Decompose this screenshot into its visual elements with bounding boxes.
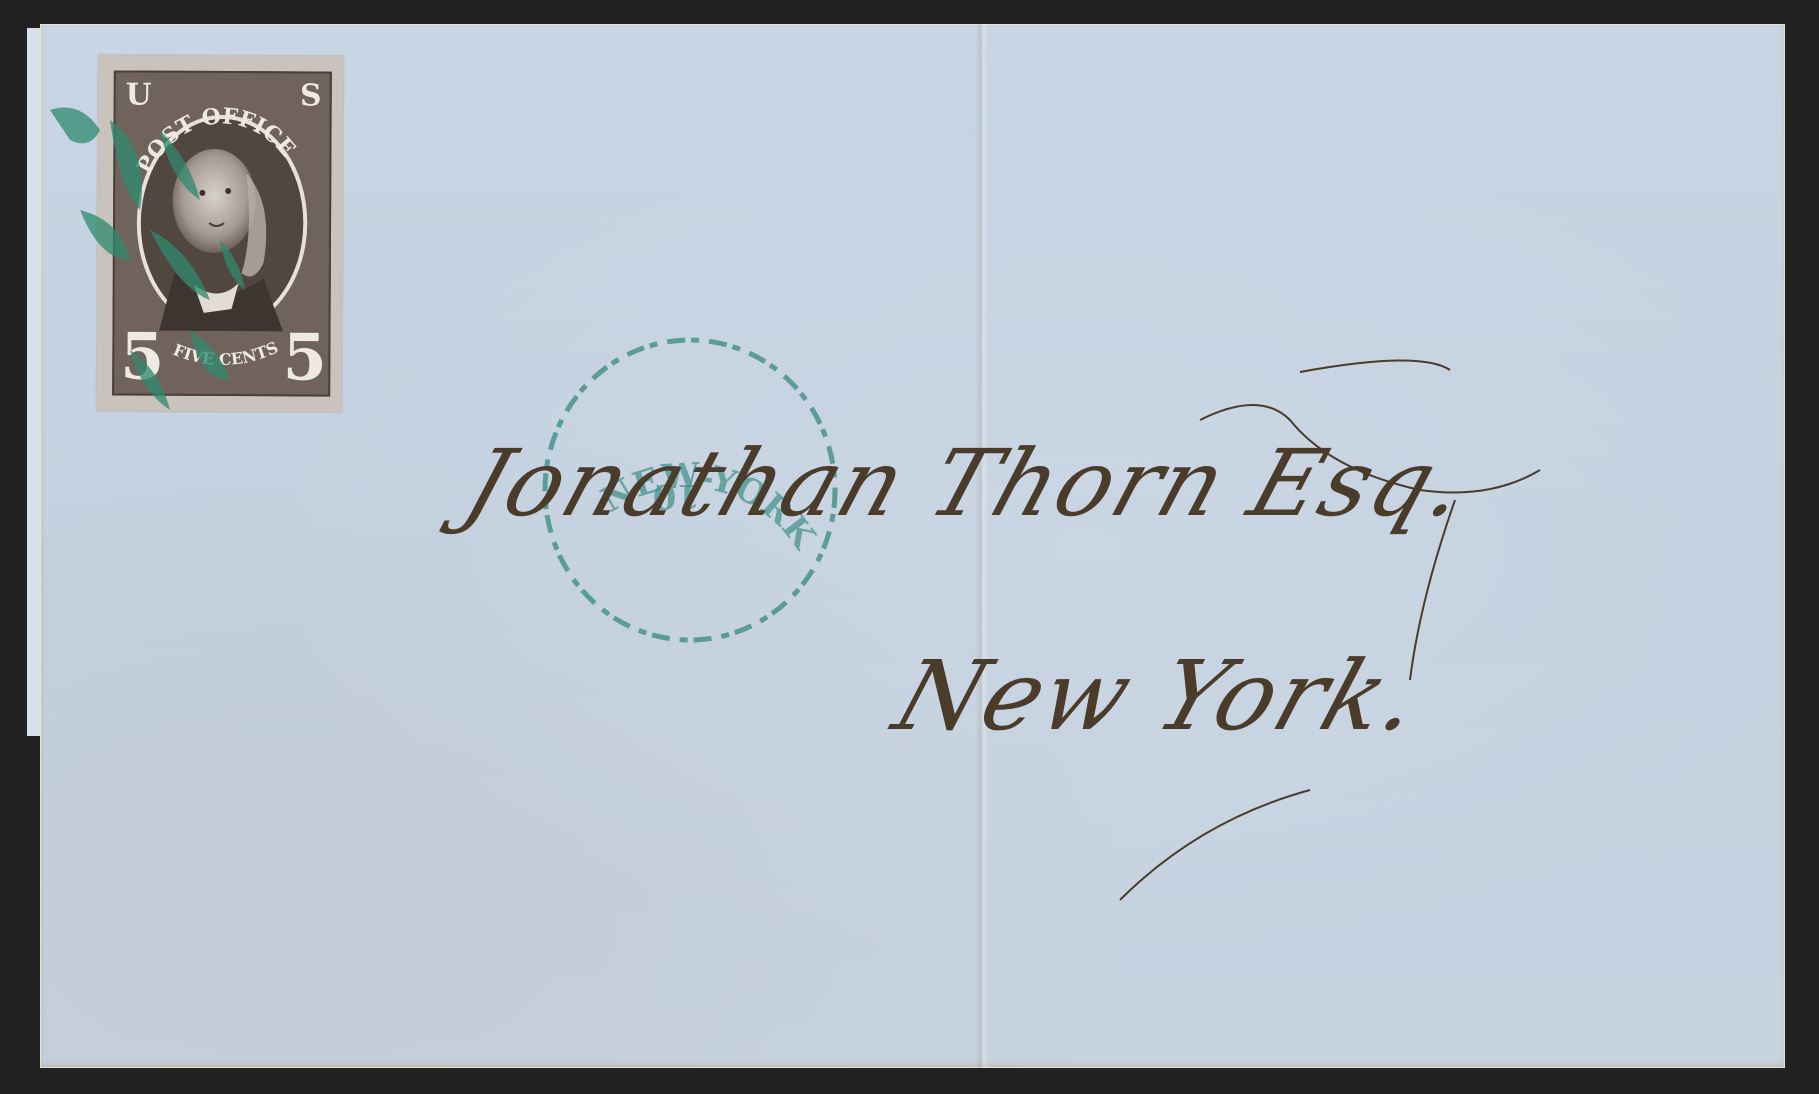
franklin-portrait-icon: U S POST OFFICE FIVE CENTS 5 5 [114, 72, 330, 394]
stamp-corner-u: U [126, 77, 152, 112]
fold-line [975, 24, 989, 1068]
address-line-1: Jonathan Thorn Esq. [453, 430, 1483, 537]
stamp-corner-s: S [300, 78, 322, 113]
stamp-denomination-left: 5 [120, 319, 165, 394]
stamp-denomination-right: 5 [283, 320, 328, 395]
address-line-2: New York. [882, 640, 1437, 752]
stamp-engraving: U S POST OFFICE FIVE CENTS 5 5 [112, 70, 332, 396]
postage-stamp: U S POST OFFICE FIVE CENTS 5 5 [96, 54, 344, 412]
